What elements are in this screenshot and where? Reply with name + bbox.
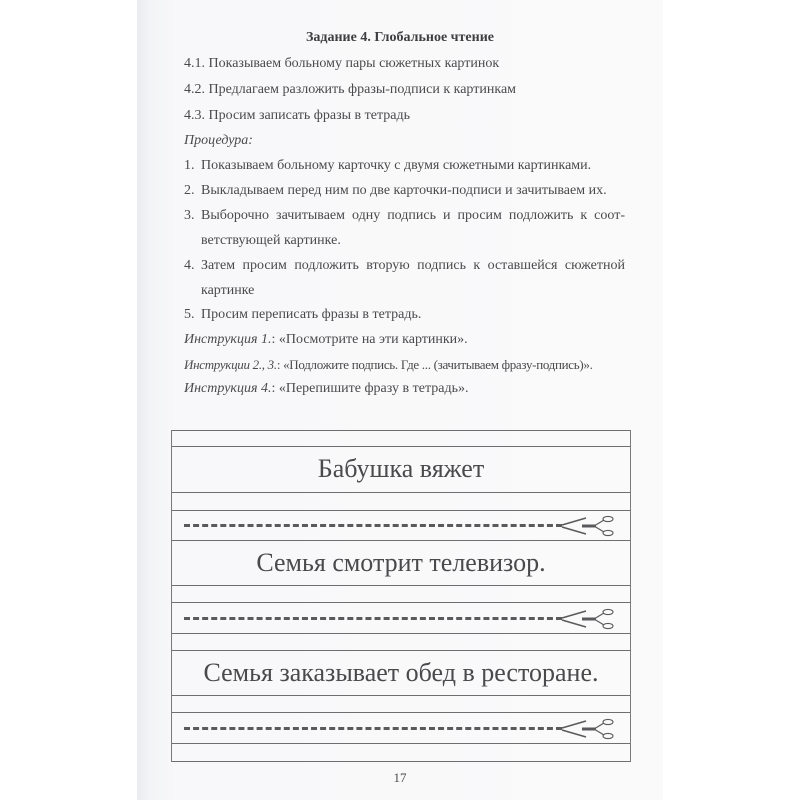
instruction-line: Инструкция 1.: «Посмотрите на эти картин… <box>184 332 468 348</box>
card-phrase: Семья заказывает обед в ресторане. <box>172 650 630 696</box>
subtask-item: 4.3. Просим записать фразы в тетрадь <box>184 108 410 124</box>
step-text: Выкладываем перед ним по две карточки-по… <box>201 183 607 198</box>
instruction-text: : «Подложите подпись. Где ... (зачитывае… <box>277 357 593 372</box>
rule <box>172 633 630 634</box>
rule <box>172 761 630 762</box>
rule <box>172 492 630 493</box>
instruction-text: : «Посмотрите на эти картинки». <box>271 332 467 347</box>
rule <box>172 430 630 431</box>
step-number: 3. <box>184 208 195 224</box>
page-title: Задание 4. Глобальное чтение <box>137 30 663 46</box>
instruction-label: Инструкции 2., 3. <box>184 357 277 372</box>
instruction-label: Инструкция 4. <box>184 381 271 396</box>
cut-line <box>172 603 630 633</box>
step-number: 5. <box>184 307 201 323</box>
scissors-icon <box>560 515 616 537</box>
subtask-item: 4.2. Предлагаем разложить фразы-подписи … <box>184 82 516 98</box>
step-text-continued: ветствующей картинке. <box>201 233 341 249</box>
step-text: Показываем больному карточку с двумя сюж… <box>201 158 591 173</box>
page-number: 17 <box>137 770 663 786</box>
procedure-step: 1.Показываем больному карточку с двумя с… <box>184 158 591 174</box>
instruction-line: Инструкция 4.: «Перепишите фразу в тетра… <box>184 381 468 397</box>
step-text: Просим переписать фразы в тетрадь. <box>201 307 421 322</box>
scissors-icon <box>560 608 616 630</box>
step-text: Затем просим подложить вторую подпись к … <box>201 258 625 274</box>
procedure-step: 2.Выкладываем перед ним по две карточки-… <box>184 183 607 199</box>
dashed-cut-line <box>184 727 562 730</box>
scissors-icon <box>560 718 616 740</box>
instruction-label: Инструкция 1. <box>184 332 271 347</box>
procedure-label: Процедура: <box>184 133 253 149</box>
cut-out-cards-table: Бабушка вяжет Семья смотрит телевизор. С… <box>171 430 631 762</box>
rule <box>172 743 630 744</box>
step-number: 2. <box>184 183 201 199</box>
subtask-item: 4.1. Показываем больному пары сюжетных к… <box>184 56 499 72</box>
step-number: 1. <box>184 158 201 174</box>
instruction-text: : «Перепишите фразу в тетрадь». <box>271 381 468 396</box>
step-text-continued: картинке <box>201 283 254 299</box>
cut-line <box>172 713 630 743</box>
procedure-step: 5.Просим переписать фразы в тетрадь. <box>184 307 421 323</box>
instruction-line: Инструкции 2., 3.: «Подложите подпись. Г… <box>184 357 593 373</box>
step-number: 4. <box>184 258 195 274</box>
card-phrase: Бабушка вяжет <box>172 446 630 492</box>
card-phrase: Семья смотрит телевизор. <box>172 540 630 586</box>
cut-line <box>172 510 630 540</box>
dashed-cut-line <box>184 617 562 620</box>
step-text: Выборочно зачитываем одну подпись и прос… <box>201 208 625 224</box>
dashed-cut-line <box>184 524 562 527</box>
